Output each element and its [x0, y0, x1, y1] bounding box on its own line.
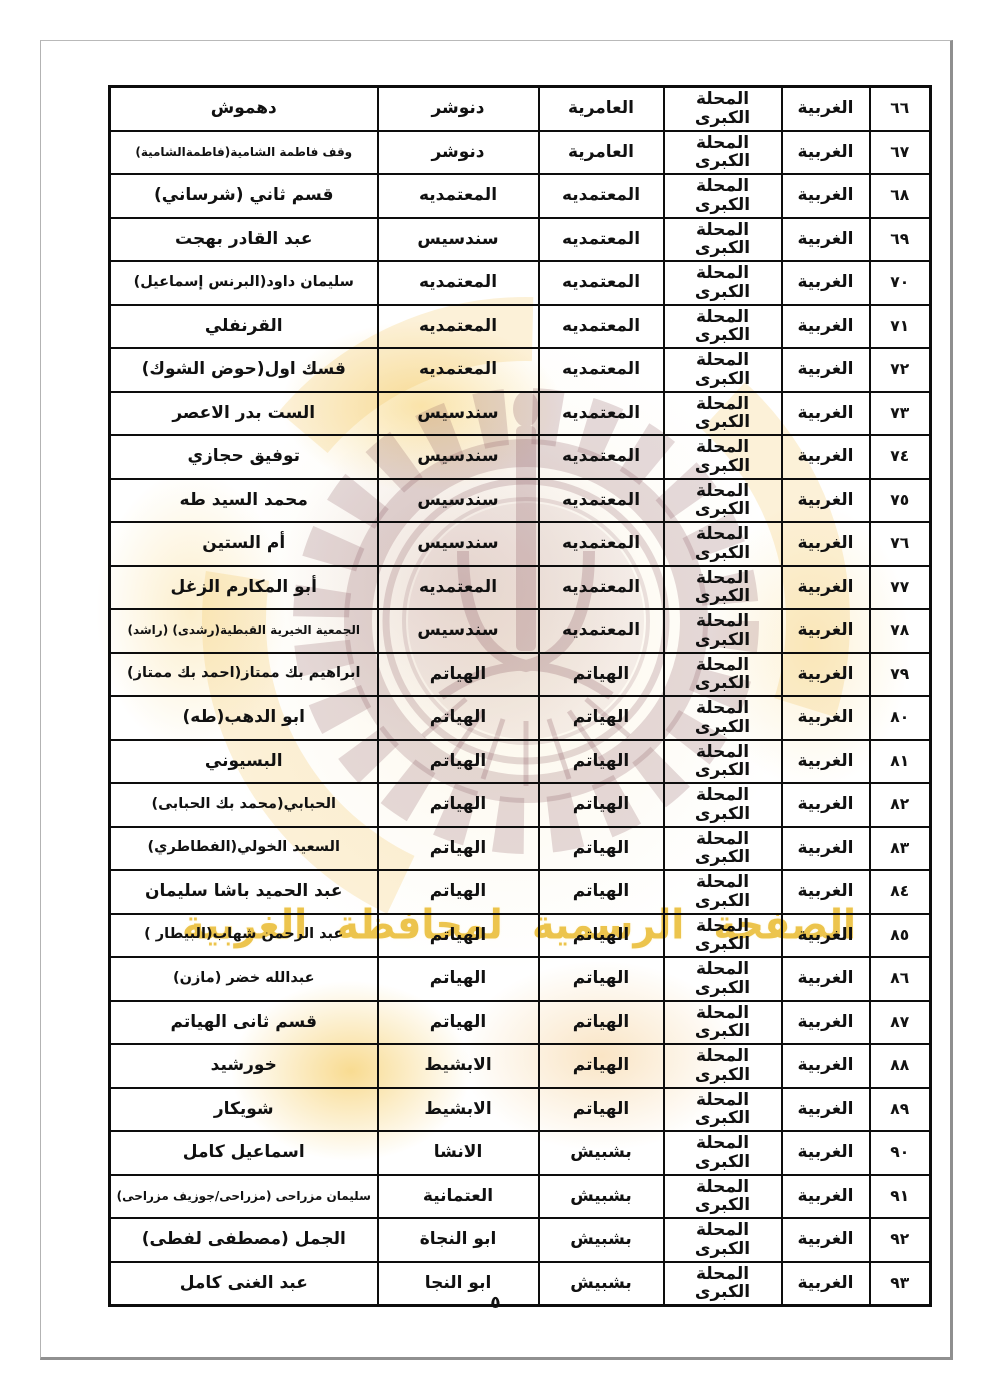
markaz-cell: المحلة الكبرى — [664, 131, 782, 175]
markaz-cell: المحلة الكبرى — [664, 1044, 782, 1088]
markaz-cell: المحلة الكبرى — [664, 87, 782, 131]
markaz-cell: المحلة الكبرى — [664, 261, 782, 305]
village-cell: ابو النجاة — [378, 1218, 539, 1262]
markaz-cell: المحلة الكبرى — [664, 696, 782, 740]
name-cell: وقف فاطمة الشامية(فاطمةالشامية) — [110, 131, 378, 175]
name-cell: أبو المكارم الزغل — [110, 566, 378, 610]
district-cell: الهياتم — [539, 1001, 664, 1045]
village-cell: الهياتم — [378, 1001, 539, 1045]
markaz-cell: المحلة الكبرى — [664, 957, 782, 1001]
markaz-cell: المحلة الكبرى — [664, 218, 782, 262]
table-row: ٨٣الغربيةالمحلة الكبرىالهياتمالهياتمالسع… — [110, 827, 931, 871]
district-cell: المعتمديه — [539, 522, 664, 566]
village-cell: الهياتم — [378, 870, 539, 914]
governorate-cell: الغربية — [782, 1175, 870, 1219]
markaz-cell: المحلة الكبرى — [664, 1218, 782, 1262]
records-table-body: ٦٦الغربيةالمحلة الكبرىالعامريةدنوشردهموش… — [110, 87, 931, 1306]
governorate-cell: الغربية — [782, 174, 870, 218]
name-cell: عبد القادر بهجت — [110, 218, 378, 262]
governorate-cell: الغربية — [782, 740, 870, 784]
village-cell: المعتمديه — [378, 566, 539, 610]
serial-cell: ٦٩ — [870, 218, 931, 262]
governorate-cell: الغربية — [782, 261, 870, 305]
district-cell: الهياتم — [539, 957, 664, 1001]
serial-cell: ٧٤ — [870, 435, 931, 479]
name-cell: ابراهيم بك ممتاز(احمد بك ممتاز) — [110, 653, 378, 697]
district-cell: الهياتم — [539, 653, 664, 697]
village-cell: الهياتم — [378, 653, 539, 697]
village-cell: سندسيس — [378, 435, 539, 479]
village-cell: الهياتم — [378, 914, 539, 958]
name-cell: ابو الدهب(طه) — [110, 696, 378, 740]
table-row: ٨٤الغربيةالمحلة الكبرىالهياتمالهياتمعبد … — [110, 870, 931, 914]
governorate-cell: الغربية — [782, 87, 870, 131]
serial-cell: ٧٥ — [870, 479, 931, 523]
district-cell: الهياتم — [539, 783, 664, 827]
name-cell: خورشيد — [110, 1044, 378, 1088]
village-cell: سندسيس — [378, 479, 539, 523]
district-cell: المعتمديه — [539, 435, 664, 479]
markaz-cell: المحلة الكبرى — [664, 609, 782, 653]
name-cell: سليمان داود(البرنس إسماعيل) — [110, 261, 378, 305]
name-cell: عبدالله خضر (مازن) — [110, 957, 378, 1001]
table-row: ٧٤الغربيةالمحلة الكبرىالمعتمديهسندسيستوف… — [110, 435, 931, 479]
table-row: ٧٢الغربيةالمحلة الكبرىالمعتمديهالمعتمديه… — [110, 348, 931, 392]
district-cell: المعتمديه — [539, 218, 664, 262]
village-cell: سندسيس — [378, 392, 539, 436]
markaz-cell: المحلة الكبرى — [664, 1001, 782, 1045]
serial-cell: ٧١ — [870, 305, 931, 349]
markaz-cell: المحلة الكبرى — [664, 1088, 782, 1132]
governorate-cell: الغربية — [782, 435, 870, 479]
village-cell: الهياتم — [378, 783, 539, 827]
district-cell: العامرية — [539, 131, 664, 175]
serial-cell: ٧٧ — [870, 566, 931, 610]
district-cell: المعتمديه — [539, 305, 664, 349]
serial-cell: ٦٨ — [870, 174, 931, 218]
name-cell: اسماعيل كامل — [110, 1131, 378, 1175]
governorate-cell: الغربية — [782, 305, 870, 349]
serial-cell: ٩١ — [870, 1175, 931, 1219]
district-cell: الهياتم — [539, 696, 664, 740]
governorate-cell: الغربية — [782, 914, 870, 958]
governorate-cell: الغربية — [782, 566, 870, 610]
governorate-cell: الغربية — [782, 609, 870, 653]
markaz-cell: المحلة الكبرى — [664, 740, 782, 784]
district-cell: المعتمديه — [539, 609, 664, 653]
table-row: ٩٠الغربيةالمحلة الكبرىبشبيشالانشااسماعيل… — [110, 1131, 931, 1175]
name-cell: السعيد الخولي(الفطاطري) — [110, 827, 378, 871]
village-cell: دنوشر — [378, 131, 539, 175]
serial-cell: ٨٨ — [870, 1044, 931, 1088]
table-row: ٦٩الغربيةالمحلة الكبرىالمعتمديهسندسيسعبد… — [110, 218, 931, 262]
district-cell: المعتمديه — [539, 392, 664, 436]
table-row: ٧٧الغربيةالمحلة الكبرىالمعتمديهالمعتمديه… — [110, 566, 931, 610]
governorate-cell: الغربية — [782, 1218, 870, 1262]
village-cell: الهياتم — [378, 957, 539, 1001]
village-cell: الهياتم — [378, 740, 539, 784]
district-cell: بشبيش — [539, 1175, 664, 1219]
markaz-cell: المحلة الكبرى — [664, 914, 782, 958]
governorate-cell: الغربية — [782, 783, 870, 827]
name-cell: قسم ثانى الهياتم — [110, 1001, 378, 1045]
markaz-cell: المحلة الكبرى — [664, 1175, 782, 1219]
name-cell: دهموش — [110, 87, 378, 131]
serial-cell: ٩٢ — [870, 1218, 931, 1262]
governorate-cell: الغربية — [782, 1088, 870, 1132]
markaz-cell: المحلة الكبرى — [664, 435, 782, 479]
table-row: ٧٨الغربيةالمحلة الكبرىالمعتمديهسندسيسالج… — [110, 609, 931, 653]
serial-cell: ٨٣ — [870, 827, 931, 871]
table-row: ٨٥الغربيةالمحلة الكبرىالهياتمالهياتمعبد … — [110, 914, 931, 958]
name-cell: الجمل (مصطفى لفطى) — [110, 1218, 378, 1262]
name-cell: عبد الرحمن شهاب(البيطار ) — [110, 914, 378, 958]
serial-cell: ٧٠ — [870, 261, 931, 305]
markaz-cell: المحلة الكبرى — [664, 522, 782, 566]
district-cell: الهياتم — [539, 1088, 664, 1132]
governorate-cell: الغربية — [782, 653, 870, 697]
name-cell: قسك اول(حوض الشوك) — [110, 348, 378, 392]
markaz-cell: المحلة الكبرى — [664, 392, 782, 436]
district-cell: الهياتم — [539, 740, 664, 784]
serial-cell: ٦٧ — [870, 131, 931, 175]
markaz-cell: المحلة الكبرى — [664, 348, 782, 392]
name-cell: سليمان مزراحى (مزراحى/جوزيف مزراحى) — [110, 1175, 378, 1219]
serial-cell: ٩٠ — [870, 1131, 931, 1175]
name-cell: شويكار — [110, 1088, 378, 1132]
name-cell: عبد الحميد باشا سليمان — [110, 870, 378, 914]
governorate-cell: الغربية — [782, 392, 870, 436]
serial-cell: ٨١ — [870, 740, 931, 784]
village-cell: المعتمديه — [378, 348, 539, 392]
name-cell: أم الستين — [110, 522, 378, 566]
district-cell: المعتمديه — [539, 566, 664, 610]
serial-cell: ٨٧ — [870, 1001, 931, 1045]
village-cell: الابشيط — [378, 1088, 539, 1132]
name-cell: الحبابي(محمد بك الحبابى) — [110, 783, 378, 827]
serial-cell: ٨٤ — [870, 870, 931, 914]
district-cell: المعتمديه — [539, 479, 664, 523]
village-cell: الابشيط — [378, 1044, 539, 1088]
table-row: ٨٦الغربيةالمحلة الكبرىالهياتمالهياتمعبدا… — [110, 957, 931, 1001]
district-cell: الهياتم — [539, 827, 664, 871]
scanned-page: الصفحة الرسمية لمحافظة الغربية ٦٦الغربية… — [40, 40, 953, 1360]
name-cell: محمد السيد طه — [110, 479, 378, 523]
serial-cell: ٨٩ — [870, 1088, 931, 1132]
district-cell: العامرية — [539, 87, 664, 131]
page-number: ٥ — [41, 1293, 950, 1313]
table-row: ٦٦الغربيةالمحلة الكبرىالعامريةدنوشردهموش — [110, 87, 931, 131]
markaz-cell: المحلة الكبرى — [664, 783, 782, 827]
village-cell: الهياتم — [378, 696, 539, 740]
village-cell: سندسيس — [378, 522, 539, 566]
serial-cell: ٧٨ — [870, 609, 931, 653]
table-row: ٩٢الغربيةالمحلة الكبرىبشبيشابو النجاةالج… — [110, 1218, 931, 1262]
village-cell: المعتمديه — [378, 174, 539, 218]
table-row: ٨٨الغربيةالمحلة الكبرىالهياتمالابشيطخورش… — [110, 1044, 931, 1088]
serial-cell: ٨٠ — [870, 696, 931, 740]
district-cell: بشبيش — [539, 1131, 664, 1175]
serial-cell: ٧٢ — [870, 348, 931, 392]
markaz-cell: المحلة الكبرى — [664, 174, 782, 218]
name-cell: الجمعية الخيرية القبطية(رشدى) (راشد) — [110, 609, 378, 653]
governorate-cell: الغربية — [782, 348, 870, 392]
markaz-cell: المحلة الكبرى — [664, 479, 782, 523]
serial-cell: ٧٩ — [870, 653, 931, 697]
village-cell: سندسيس — [378, 609, 539, 653]
district-cell: الهياتم — [539, 870, 664, 914]
village-cell: دنوشر — [378, 87, 539, 131]
table-row: ٧١الغربيةالمحلة الكبرىالمعتمديهالمعتمديه… — [110, 305, 931, 349]
governorate-cell: الغربية — [782, 479, 870, 523]
table-row: ٧٣الغربيةالمحلة الكبرىالمعتمديهسندسيسالس… — [110, 392, 931, 436]
table-row: ٨١الغربيةالمحلة الكبرىالهياتمالهياتمالبس… — [110, 740, 931, 784]
governorate-cell: الغربية — [782, 522, 870, 566]
governorate-cell: الغربية — [782, 218, 870, 262]
governorate-cell: الغربية — [782, 1131, 870, 1175]
table-row: ٦٧الغربيةالمحلة الكبرىالعامريةدنوشروقف ف… — [110, 131, 931, 175]
markaz-cell: المحلة الكبرى — [664, 870, 782, 914]
name-cell: قسم ثاني (شرساني) — [110, 174, 378, 218]
markaz-cell: المحلة الكبرى — [664, 653, 782, 697]
table-row: ٧٦الغربيةالمحلة الكبرىالمعتمديهسندسيسأم … — [110, 522, 931, 566]
serial-cell: ٦٦ — [870, 87, 931, 131]
serial-cell: ٧٦ — [870, 522, 931, 566]
governorate-cell: الغربية — [782, 1001, 870, 1045]
district-cell: الهياتم — [539, 914, 664, 958]
village-cell: سندسيس — [378, 218, 539, 262]
governorate-cell: الغربية — [782, 131, 870, 175]
village-cell: الهياتم — [378, 827, 539, 871]
name-cell: الست بدر الاعصر — [110, 392, 378, 436]
table-row: ٨٩الغربيةالمحلة الكبرىالهياتمالابشيطشويك… — [110, 1088, 931, 1132]
governorate-cell: الغربية — [782, 696, 870, 740]
governorate-cell: الغربية — [782, 957, 870, 1001]
district-cell: المعتمديه — [539, 348, 664, 392]
records-table: ٦٦الغربيةالمحلة الكبرىالعامريةدنوشردهموش… — [108, 85, 932, 1307]
table-row: ٩١الغربيةالمحلة الكبرىبشبيشالعتمانيةسليم… — [110, 1175, 931, 1219]
village-cell: المعتمديه — [378, 261, 539, 305]
district-cell: بشبيش — [539, 1218, 664, 1262]
name-cell: توفيق حجازي — [110, 435, 378, 479]
village-cell: العتمانية — [378, 1175, 539, 1219]
table-row: ٨٧الغربيةالمحلة الكبرىالهياتمالهياتمقسم … — [110, 1001, 931, 1045]
serial-cell: ٨٦ — [870, 957, 931, 1001]
markaz-cell: المحلة الكبرى — [664, 827, 782, 871]
markaz-cell: المحلة الكبرى — [664, 305, 782, 349]
markaz-cell: المحلة الكبرى — [664, 1131, 782, 1175]
governorate-cell: الغربية — [782, 1044, 870, 1088]
serial-cell: ٨٢ — [870, 783, 931, 827]
village-cell: المعتمديه — [378, 305, 539, 349]
table-row: ٨٠الغربيةالمحلة الكبرىالهياتمالهياتمابو … — [110, 696, 931, 740]
district-cell: المعتمديه — [539, 174, 664, 218]
village-cell: الانشا — [378, 1131, 539, 1175]
table-row: ٦٨الغربيةالمحلة الكبرىالمعتمديهالمعتمديه… — [110, 174, 931, 218]
serial-cell: ٧٣ — [870, 392, 931, 436]
table-row: ٧٩الغربيةالمحلة الكبرىالهياتمالهياتمابرا… — [110, 653, 931, 697]
table-row: ٧٥الغربيةالمحلة الكبرىالمعتمديهسندسيسمحم… — [110, 479, 931, 523]
district-cell: الهياتم — [539, 1044, 664, 1088]
name-cell: القرنفلي — [110, 305, 378, 349]
serial-cell: ٨٥ — [870, 914, 931, 958]
table-row: ٨٢الغربيةالمحلة الكبرىالهياتمالهياتمالحب… — [110, 783, 931, 827]
district-cell: المعتمديه — [539, 261, 664, 305]
governorate-cell: الغربية — [782, 870, 870, 914]
governorate-cell: الغربية — [782, 827, 870, 871]
name-cell: البسيوني — [110, 740, 378, 784]
markaz-cell: المحلة الكبرى — [664, 566, 782, 610]
table-row: ٧٠الغربيةالمحلة الكبرىالمعتمديهالمعتمديه… — [110, 261, 931, 305]
